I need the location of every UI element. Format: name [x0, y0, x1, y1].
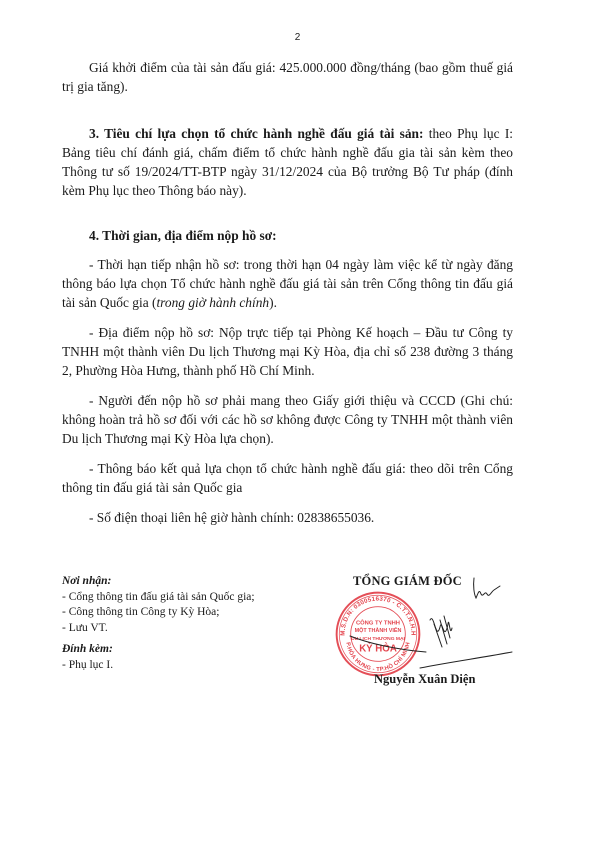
signature-block: TỔNG GIÁM ĐỐC M.S.D.N: 0300516370 - C.T.… [330, 572, 530, 702]
location-paragraph: - Địa điểm nộp hồ sơ: Nộp trực tiếp tại … [62, 323, 513, 380]
attachments-label: Đính kèm: [62, 642, 255, 658]
criteria-section: 3. Tiêu chí lựa chọn tổ chức hành nghề đ… [62, 124, 513, 200]
submission-section: 4. Thời gian, địa điểm nộp hồ sơ: - Thời… [62, 226, 513, 527]
attachment-item: - Phụ lục I. [62, 658, 255, 674]
submission-heading: 4. Thời gian, địa điểm nộp hồ sơ: [62, 226, 513, 245]
phone-paragraph: - Số điện thoại liên hệ giờ hành chính: … [62, 508, 513, 527]
criteria-paragraph: 3. Tiêu chí lựa chọn tổ chức hành nghề đ… [62, 124, 513, 200]
criteria-heading: 3. Tiêu chí lựa chọn tổ chức hành nghề đ… [89, 126, 423, 141]
recipient-item: - Lưu VT. [62, 621, 255, 637]
recipients-label: Nơi nhận: [62, 574, 255, 590]
recipients-block: Nơi nhận: - Cổng thông tin đấu giá tài s… [62, 574, 255, 673]
deadline-end: ). [269, 295, 277, 310]
result-notice-paragraph: - Thông báo kết quả lựa chọn tổ chức hàn… [62, 459, 513, 497]
recipient-item: - Công thông tin Công ty Kỳ Hòa; [62, 605, 255, 621]
signatory-name: Nguyễn Xuân Diện [374, 672, 475, 687]
deadline-italic: trong giờ hành chính [156, 295, 269, 310]
deadline-paragraph: - Thời hạn tiếp nhận hồ sơ: trong thời h… [62, 255, 513, 312]
recipient-item: - Cổng thông tin đấu giá tài sản Quốc gi… [62, 590, 255, 606]
starting-price-text: Giá khởi điểm của tài sản đấu giá: 425.0… [62, 58, 513, 96]
requirements-paragraph: - Người đến nộp hồ sơ phải mang theo Giấ… [62, 391, 513, 448]
deadline-text: - Thời hạn tiếp nhận hồ sơ: trong thời h… [62, 257, 513, 310]
starting-price-paragraph: Giá khởi điểm của tài sản đấu giá: 425.0… [62, 58, 513, 96]
page-number: 2 [0, 32, 595, 43]
